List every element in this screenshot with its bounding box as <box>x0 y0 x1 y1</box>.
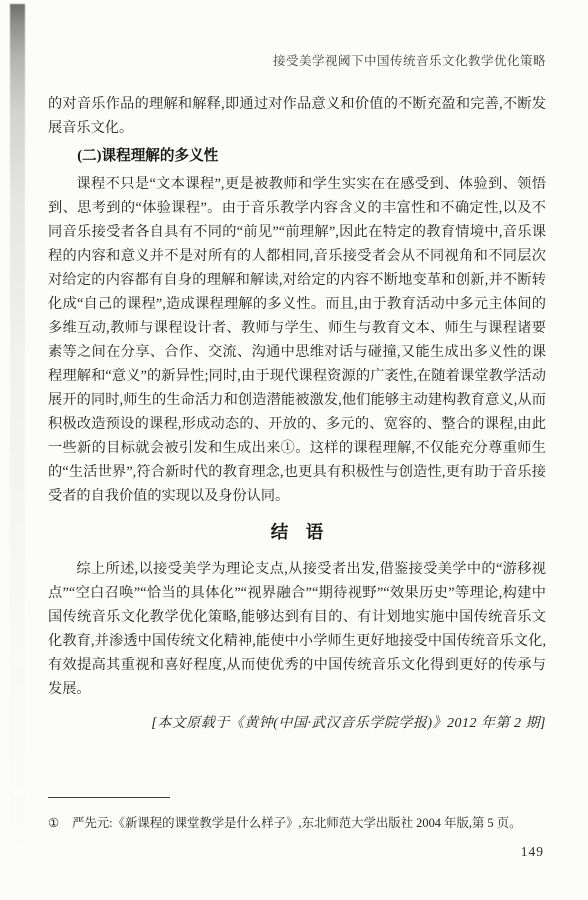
section-paragraph-block: 课程不只是“文本课程”,更是被教师和学生实实在在感受到、体验到、领悟到、思考到的… <box>48 172 546 508</box>
running-header: 接受美学视阈下中国传统音乐文化教学优化策略 <box>273 51 546 69</box>
citation-block: [本文原载于《黄钟(中国·武汉音乐学院学报)》2012 年第 2 期] <box>48 712 546 732</box>
section-paragraph: 课程不只是“文本课程”,更是被教师和学生实实在在感受到、体验到、领悟到、思考到的… <box>48 172 546 508</box>
page-edge-shadow <box>10 4 25 860</box>
footnote-text: 严先元:《新课程的课堂教学是什么样子》,东北师范大学出版社 2004 年版,第 … <box>72 814 548 833</box>
page-number: 149 <box>521 844 544 860</box>
source-citation: [本文原载于《黄钟(中国·武汉音乐学院学报)》2012 年第 2 期] <box>48 712 546 732</box>
conclusion-heading-block: 结 语 <box>48 519 546 544</box>
footnote: ① 严先元:《新课程的课堂教学是什么样子》,东北师范大学出版社 2004 年版,… <box>48 814 548 833</box>
paragraph-continuation-block: 的对音乐作品的理解和解释,即通过对作品意义和价值的不断充盈和完善,不断发展音乐文… <box>48 92 546 140</box>
scanned-page: 接受美学视阈下中国传统音乐文化教学优化策略 的对音乐作品的理解和解释,即通过对作… <box>0 0 588 900</box>
section-heading: (二)课程理解的多义性 <box>48 144 546 165</box>
conclusion-heading: 结 语 <box>48 519 546 544</box>
conclusion-paragraph-block: 综上所述,以接受美学为理论支点,从接受者出发,借鉴接受美学中的“游移视点”“空白… <box>48 557 546 701</box>
section-heading-block: (二)课程理解的多义性 <box>48 144 546 165</box>
footnote-divider <box>48 797 170 798</box>
footnote-marker: ① <box>48 814 72 833</box>
conclusion-paragraph: 综上所述,以接受美学为理论支点,从接受者出发,借鉴接受美学中的“游移视点”“空白… <box>48 557 546 701</box>
paragraph-continuation: 的对音乐作品的理解和解释,即通过对作品意义和价值的不断充盈和完善,不断发展音乐文… <box>48 92 546 140</box>
